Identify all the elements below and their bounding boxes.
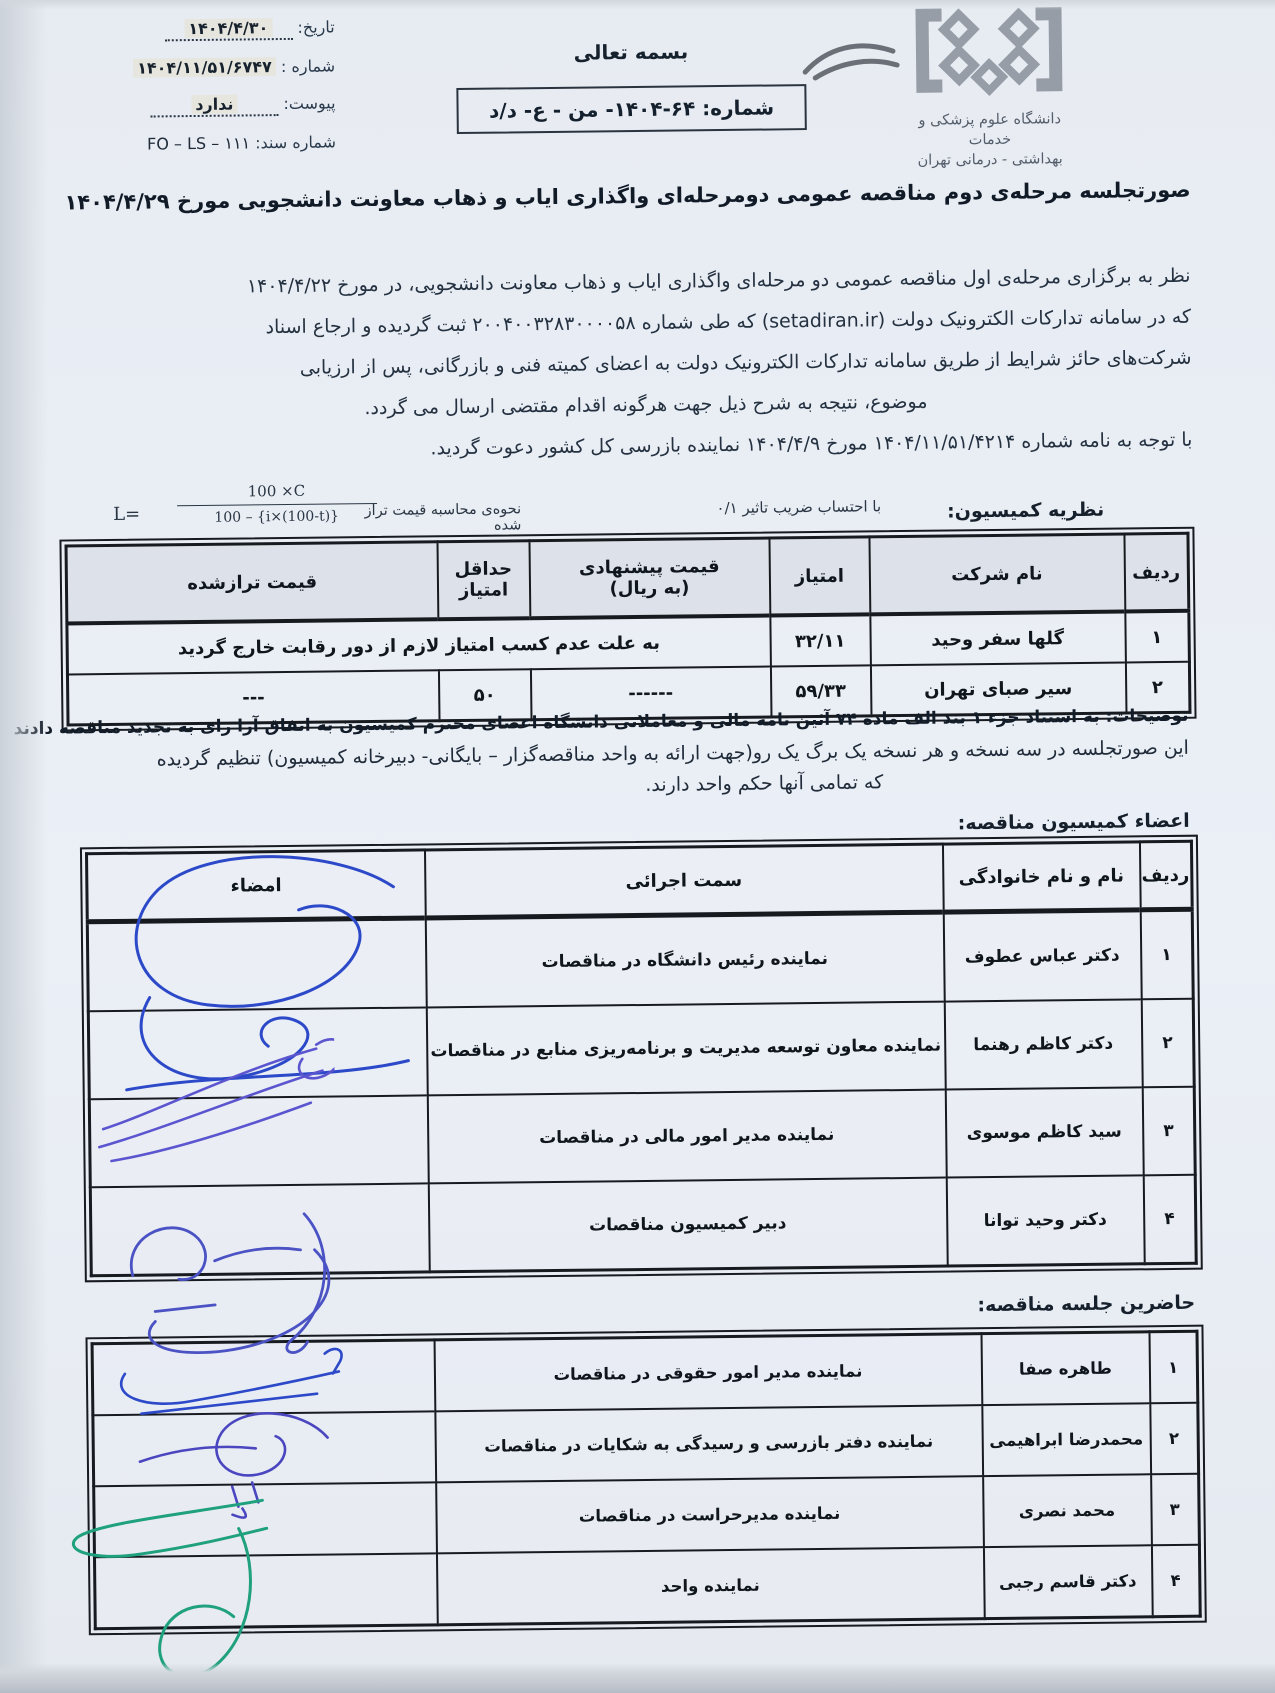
signature-cell xyxy=(94,1553,437,1628)
row-number-cell: ۲ xyxy=(1141,999,1194,1088)
member-role-cell: دبیر کمیسیون مناقصات xyxy=(428,1178,947,1272)
table-header-row: ردیف نام و نام خانوادگی سمت اجرائی امضاء xyxy=(87,841,1193,922)
member-name-cell: دکتر عباس عطوف xyxy=(943,910,1141,1002)
university-name-line1: دانشگاه علوم پزشکی و خدمات xyxy=(900,109,1080,151)
attendee-name-cell: محمد نصری xyxy=(983,1474,1152,1547)
signature-cell xyxy=(94,1482,437,1557)
commission-opinion-heading: نظریه کمیسیون: xyxy=(894,499,1104,523)
date-label: تاریخ: xyxy=(297,17,334,36)
attendee-name-cell: محمدرضا ابراهیمی xyxy=(982,1403,1151,1476)
company-cell: گلها سفر وحید xyxy=(870,611,1126,665)
signature-cell xyxy=(90,1183,429,1275)
doc-number-label: شماره سند: xyxy=(255,132,336,152)
header-adjusted-price: قیمت ترازشده xyxy=(66,542,438,624)
header-company: نام شرکت xyxy=(869,534,1125,614)
signature-cell xyxy=(92,1340,435,1415)
header-signature: امضاء xyxy=(87,850,426,922)
member-role-cell: نماینده رئیس دانشگاه در مناقصات xyxy=(425,912,944,1007)
attendee-name-cell: دکتر قاسم رجبی xyxy=(983,1545,1152,1618)
doc-number-row: شماره سند: FO – LS – ۱۱۱ xyxy=(18,132,336,156)
formula-caption: نحوه‌ی محاسبه قیمت تراز شده xyxy=(351,501,521,535)
member-role-cell: نماینده معاون توسعه مدیریت و برنامه‌ریزی… xyxy=(426,1002,945,1096)
header-full-name: نام و نام خانوادگی xyxy=(942,842,1140,912)
signature-cell xyxy=(88,1007,427,1099)
document-title: صورتجلسه مرحله‌ی دوم مناقصه عمومی دومرحل… xyxy=(52,178,1202,215)
attachment-label: پیوست: xyxy=(283,93,335,113)
attendee-role-cell: نماینده دفتر بازرسی و رسیدگی به شکایات د… xyxy=(435,1405,983,1482)
table-row: ۱ طاهره صفا نماینده مدیر امور حقوقی در م… xyxy=(92,1331,1198,1415)
besmele-text: بسمه تعالی xyxy=(401,37,861,66)
row-number-cell: ۱ xyxy=(1149,1331,1198,1403)
notes-block: توضیحات: به استناد جزء ۱ بند الف ماده ۷۴… xyxy=(83,706,1189,803)
row-number-cell: ۱ xyxy=(1125,611,1190,663)
attendees-heading: حاضرین جلسه مناقصه: xyxy=(943,1292,1195,1317)
table-row: ۲ دکتر کاظم رهنما نماینده معاون توسعه مد… xyxy=(88,999,1194,1100)
row-number-cell: ۳ xyxy=(1151,1474,1200,1546)
table-row: ۴ دکتر قاسم رجبی نماینده واحد xyxy=(94,1545,1200,1629)
university-name-line2: بهداشتی - درمانی تهران xyxy=(900,149,1080,171)
university-name: دانشگاه علوم پزشکی و خدمات بهداشتی - درم… xyxy=(900,109,1081,171)
header-row-number: ردیف xyxy=(1139,841,1192,910)
row-number-cell: ۳ xyxy=(1142,1087,1195,1176)
row-number-cell: ۴ xyxy=(1143,1175,1196,1264)
commission-members-table: ردیف نام و نام خانوادگی سمت اجرائی امضاء… xyxy=(85,840,1198,1278)
score-cell: ۳۲/۱۱ xyxy=(770,614,871,666)
number-row: شماره : ۱۴۰۴/۱۱/۵۱/۶۷۴۷ xyxy=(17,56,335,80)
signature-cell xyxy=(89,1095,428,1187)
member-name-cell: دکتر کاظم رهنما xyxy=(944,999,1142,1089)
number-value: ۱۴۰۴/۱۱/۵۱/۶۷۴۷ xyxy=(133,57,276,78)
table-row: ۲ محمدرضا ابراهیمی نماینده دفتر بازرسی و… xyxy=(93,1403,1199,1487)
header-proposed-price: قیمت پیشنهادی (به ریال) xyxy=(529,538,770,618)
member-role-cell: نماینده مدیر امور مالی در مناقصات xyxy=(427,1090,946,1184)
table-row: ۴ دکتر وحید توانا دبیر کمیسیون مناقصات xyxy=(90,1175,1196,1276)
paper-sheet: تاریخ: ۱۴۰۴/۴/۳۰ شماره : ۱۴۰۴/۱۱/۵۱/۶۷۴۷… xyxy=(0,0,1275,1693)
signature-cell xyxy=(87,918,426,1011)
member-name-cell: سید کاظم موسوی xyxy=(945,1087,1143,1177)
date-value: ۱۴۰۴/۴/۳۰ xyxy=(184,18,272,38)
formula-lhs: L= xyxy=(113,504,140,525)
attachment-value: ندارد xyxy=(191,95,237,115)
document-meta-block: تاریخ: ۱۴۰۴/۴/۳۰ شماره : ۱۴۰۴/۱۱/۵۱/۶۷۴۷… xyxy=(17,17,337,173)
table-row: ۳ محمد نصری نماینده مدیرحراست در مناقصات xyxy=(94,1474,1200,1558)
formula-coefficient-note: با احتساب ضریب تاثیر ۰/۱ xyxy=(571,497,881,519)
scanned-document-page: تاریخ: ۱۴۰۴/۴/۳۰ شماره : ۱۴۰۴/۱۱/۵۱/۶۷۴۷… xyxy=(0,0,1275,1693)
notes-line-3: که تمامی آنها حکم واحد دارند. xyxy=(339,768,1189,800)
university-emblem-icon xyxy=(913,1,1064,103)
header-min-score: حداقل امتیاز xyxy=(437,541,530,620)
date-row: تاریخ: ۱۴۰۴/۴/۳۰ xyxy=(17,17,335,43)
members-heading: اعضاء کمیسیون مناقصه: xyxy=(930,810,1190,835)
row-number-cell: ۴ xyxy=(1151,1545,1200,1617)
row-number-cell: ۱ xyxy=(1140,909,1193,999)
header-executive-role: سمت اجرائی xyxy=(424,844,943,918)
attachment-row: پیوست: ندارد xyxy=(17,93,335,119)
attendee-role-cell: نماینده مدیر امور حقوقی در مناقصات xyxy=(434,1334,982,1412)
body-paragraph: نظر به برگزاری مرحله‌ی اول مناقصه عمومی … xyxy=(98,256,1192,473)
doc-number-value: FO – LS – ۱۱۱ xyxy=(147,133,250,153)
disqualification-note-cell: به علت عدم کسب امتیاز لازم از دور رقابت … xyxy=(67,616,771,675)
formula-numerator: 100 ×C xyxy=(176,481,376,506)
attendee-name-cell: طاهره صفا xyxy=(981,1332,1150,1405)
attendees-table: ۱ طاهره صفا نماینده مدیر امور حقوقی در م… xyxy=(91,1330,1202,1631)
header-row-number: ردیف xyxy=(1124,533,1189,611)
member-name-cell: دکتر وحید توانا xyxy=(946,1175,1144,1266)
commission-opinion-table: ردیف نام شرکت امتیاز قیمت پیشنهادی (به ر… xyxy=(64,532,1191,727)
letterhead-center: بسمه تعالی شماره: ۶۴-۱۴۰۴- من - ع- د/د xyxy=(401,37,862,134)
attendee-role-cell: نماینده مدیرحراست در مناقصات xyxy=(436,1476,984,1553)
number-label: شماره : xyxy=(281,56,335,76)
row-number-cell: ۲ xyxy=(1150,1403,1199,1475)
notes-line-2: این صورتجلسه در سه نسخه و هر نسخه یک برگ… xyxy=(84,737,1189,772)
signature-cell xyxy=(93,1411,436,1486)
table-row: ۱ دکتر عباس عطوف نماینده رئیس دانشگاه در… xyxy=(87,909,1193,1011)
table-header-row: ردیف نام شرکت امتیاز قیمت پیشنهادی (به ر… xyxy=(66,533,1189,623)
university-logo-block: دانشگاه علوم پزشکی و خدمات بهداشتی - درم… xyxy=(898,1,1080,171)
header-score: امتیاز xyxy=(769,537,870,616)
reference-number-box: شماره: ۶۴-۱۴۰۴- من - ع- د/د xyxy=(457,84,807,134)
attendee-role-cell: نماینده واحد xyxy=(436,1547,984,1625)
table-row: ۳ سید کاظم موسوی نماینده مدیر امور مالی … xyxy=(89,1087,1195,1188)
